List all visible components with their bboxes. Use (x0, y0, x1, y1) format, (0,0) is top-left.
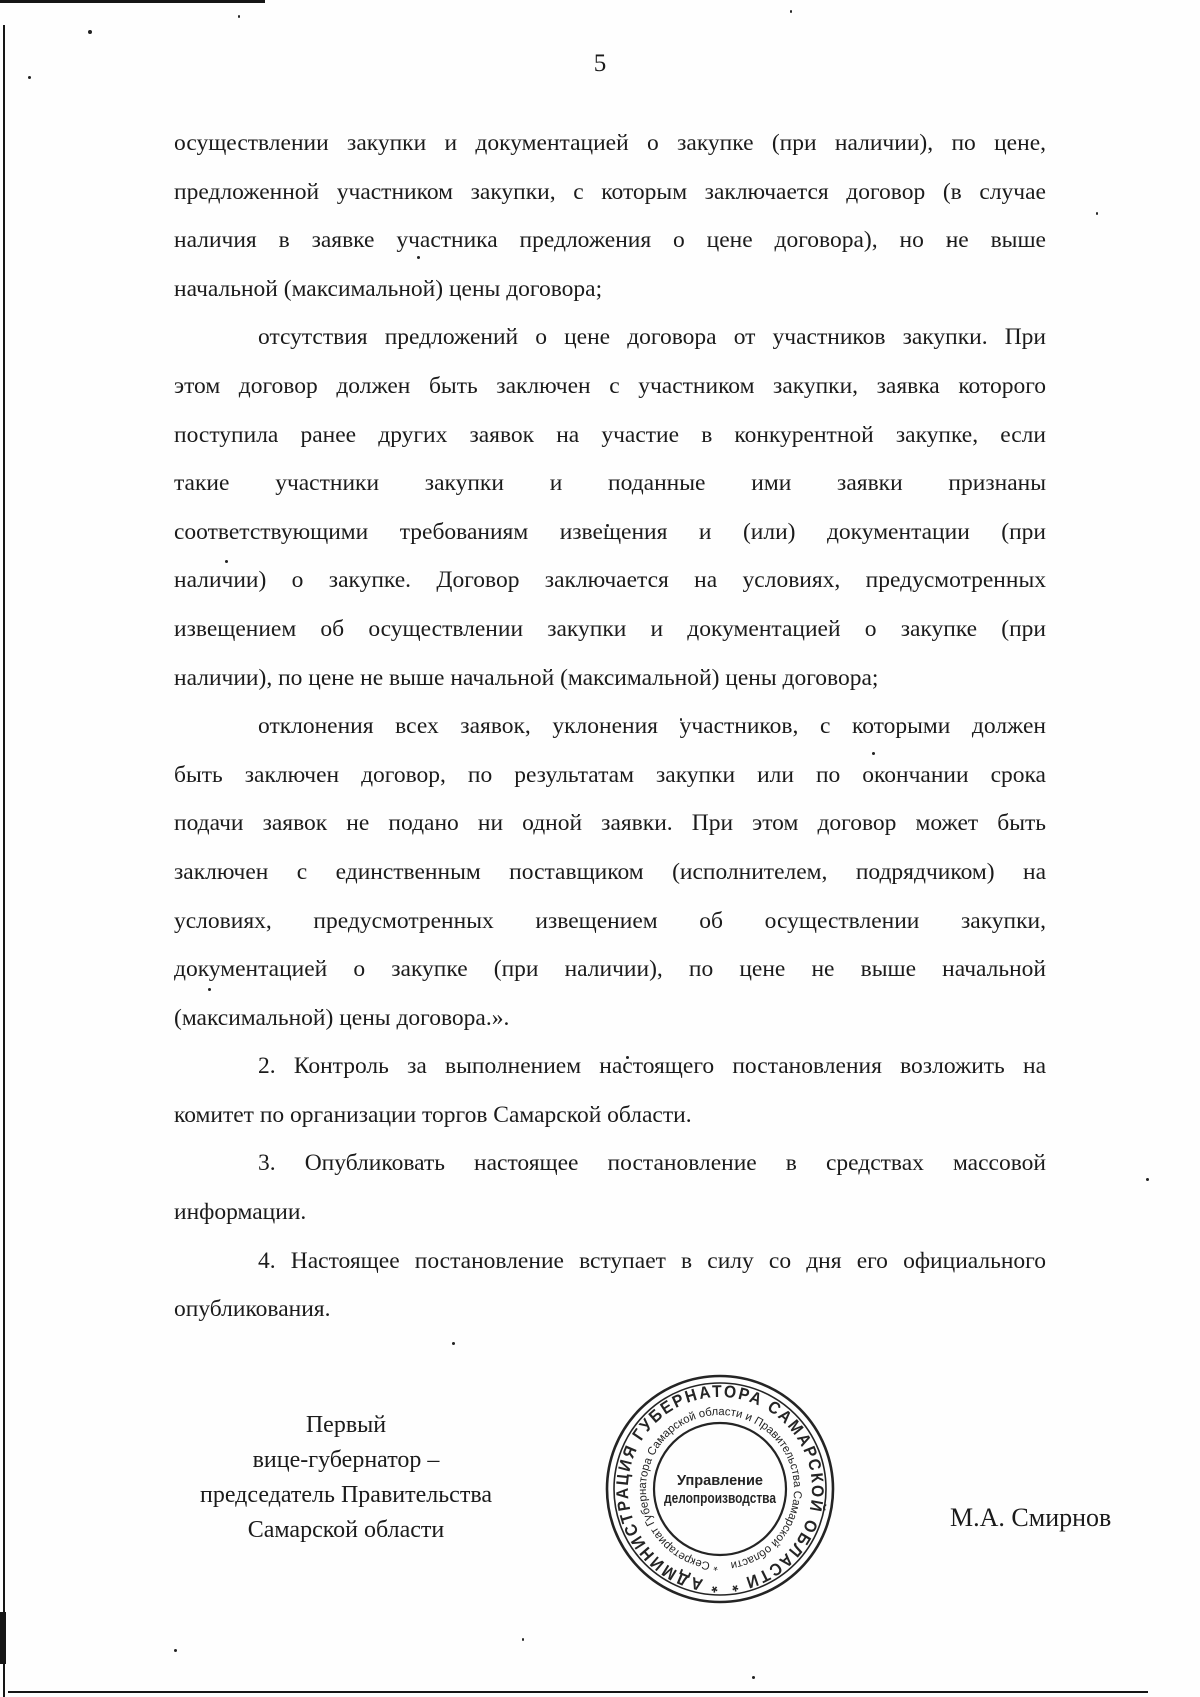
text-line: отсутствия предложений о цене договора о… (174, 313, 1046, 362)
text-line: начальной (максимальной) цены договора; (174, 265, 1046, 314)
scan-artifact-bottom-line (8, 1691, 1148, 1693)
scan-speck (88, 30, 92, 34)
text-line: 4. Настоящее постановление вступает в си… (174, 1237, 1046, 1286)
text-line: подачи заявок не подано ни одной заявки.… (174, 799, 1046, 848)
text-line: такие участники закупки и поданные ими з… (174, 459, 1046, 508)
document-body: осуществлении закупки и документацией о … (174, 119, 1046, 1334)
text-line: быть заключен договор, по результатам за… (174, 751, 1046, 800)
text-line: осуществлении закупки и документацией о … (174, 119, 1046, 168)
stamp-center-text-line2: делопроизводства (664, 1490, 777, 1507)
signatory-name: М.А. Смирнов (950, 1503, 1190, 1533)
text-line: наличия в заявке участника предложения о… (174, 216, 1046, 265)
text-line: наличии), по цене не выше начальной (мак… (174, 654, 1046, 703)
signatory-title-line: Первый (168, 1408, 524, 1443)
text-line: поступила ранее других заявок на участие… (174, 411, 1046, 460)
signatory-title: Первыйвице-губернатор –председатель Прав… (168, 1408, 524, 1548)
text-line: комитет по организации торгов Самарской … (174, 1091, 1046, 1140)
page-number: 5 (0, 50, 1200, 78)
scan-speck (1096, 212, 1098, 215)
signatory-title-line: Самарской области (168, 1513, 524, 1548)
text-line: отклонения всех заявок, уклонения участн… (174, 702, 1046, 751)
text-line: соответствующими требованиям извещения и… (174, 508, 1046, 557)
office-stamp: * АДМИНИСТРАЦИЯ ГУБЕРНАТОРА САМАРСКОЙ ОБ… (597, 1366, 843, 1612)
scan-artifact-left-line (3, 25, 5, 1697)
text-line: заключен с единственным поставщиком (исп… (174, 848, 1046, 897)
scan-speck (174, 1649, 177, 1652)
scan-speck (238, 15, 240, 18)
text-line: информации. (174, 1188, 1046, 1237)
text-line: извещением об осуществлении закупки и до… (174, 605, 1046, 654)
text-line: этом договор должен быть заключен с учас… (174, 362, 1046, 411)
scan-speck (790, 10, 792, 13)
scanned-document-page: 5 осуществлении закупки и документацией … (0, 0, 1200, 1697)
stamp-center-text-line1: Управление (677, 1472, 763, 1489)
scan-speck (1146, 1178, 1149, 1181)
stamp-center-circle (654, 1423, 786, 1555)
scan-speck (752, 1676, 755, 1679)
scan-artifact-left-blob (0, 1612, 6, 1664)
text-line: документацией о закупке (при наличии), п… (174, 945, 1046, 994)
signatory-title-line: вице-губернатор – (168, 1443, 524, 1478)
scan-speck (522, 1638, 524, 1641)
signatory-title-line: председатель Правительства (168, 1478, 524, 1513)
text-line: условиях, предусмотренных извещением об … (174, 897, 1046, 946)
text-line: предложенной участником закупки, с котор… (174, 168, 1046, 217)
text-line: (максимальной) цены договора.». (174, 994, 1046, 1043)
text-line: 2. Контроль за выполнением настоящего по… (174, 1042, 1046, 1091)
text-line: 3. Опубликовать настоящее постановление … (174, 1139, 1046, 1188)
scan-artifact-top-bar (0, 0, 265, 3)
text-line: опубликования. (174, 1285, 1046, 1334)
text-line: наличии) о закупке. Договор заключается … (174, 556, 1046, 605)
scan-speck (452, 1342, 455, 1345)
